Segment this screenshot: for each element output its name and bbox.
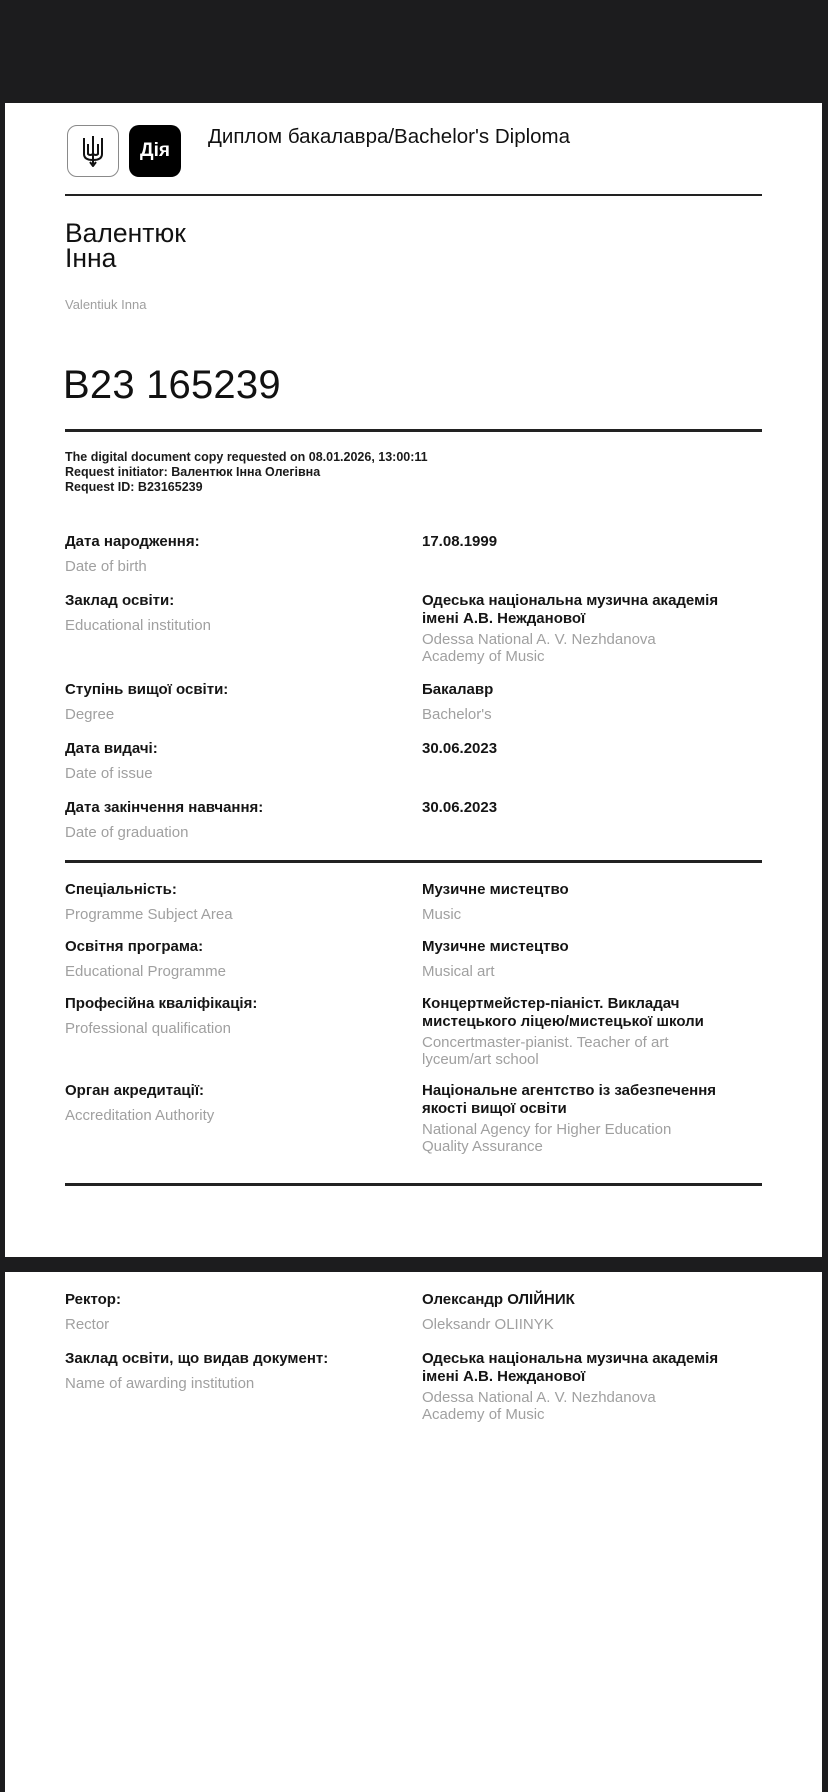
field-value-line: Музичне мистецтво — [422, 938, 762, 956]
field-value-english: Bachelor's — [422, 706, 762, 724]
field-label-column: Ректор:Rector — [65, 1291, 422, 1334]
field-label: Заклад освіти: — [65, 592, 422, 610]
field-label: Ректор: — [65, 1291, 422, 1309]
field-value-column: 30.06.2023 — [422, 740, 762, 783]
field-value-english: National Agency for Higher EducationQual… — [422, 1121, 762, 1155]
field-label-column: Заклад освіти, що видав документ:Name of… — [65, 1350, 422, 1423]
field-row: Ступінь вищої освіти:DegreeБакалаврBache… — [65, 681, 762, 724]
field-value-english-line: Odessa National A. V. Nezhdanova — [422, 631, 762, 648]
field-label: Орган акредитації: — [65, 1082, 422, 1100]
field-row: Заклад освіти:Educational institutionОде… — [65, 592, 762, 665]
field-value-line: мистецького ліцею/мистецької школи — [422, 1013, 762, 1031]
field-value-line: Одеська національна музична академія — [422, 1350, 762, 1368]
field-value: Національне агентство із забезпеченняяко… — [422, 1082, 762, 1118]
field-value-line: якості вищої освіти — [422, 1100, 762, 1118]
field-label: Дата видачі: — [65, 740, 422, 758]
field-value-line: 30.06.2023 — [422, 740, 762, 758]
field-row: Ректор:RectorОлександр ОЛІЙНИКOleksandr … — [65, 1291, 762, 1334]
document-title: Диплом бакалавра/Bachelor's Diploma — [208, 125, 570, 149]
field-value-line: Концертмейстер-піаніст. Викладач — [422, 995, 762, 1013]
divider — [65, 1183, 762, 1186]
field-value-english-line: Bachelor's — [422, 706, 762, 724]
field-value: Бакалавр — [422, 681, 762, 699]
field-label-column: Освітня програма:Educational Programme — [65, 938, 422, 981]
field-label-column: Спеціальність:Programme Subject Area — [65, 881, 422, 924]
field-label-english: Rector — [65, 1316, 422, 1334]
field-label: Професійна кваліфікація: — [65, 995, 422, 1013]
field-label-column: Ступінь вищої освіти:Degree — [65, 681, 422, 724]
field-value-line: Музичне мистецтво — [422, 881, 762, 899]
field-value-english: Music — [422, 906, 762, 924]
ukraine-trident-icon — [81, 134, 105, 168]
field-value-english-line: National Agency for Higher Education — [422, 1121, 762, 1138]
field-label-english: Educational Programme — [65, 963, 422, 981]
field-value: Одеська національна музична академіяімен… — [422, 1350, 762, 1386]
field-value-column: 17.08.1999 — [422, 533, 762, 576]
field-value: 30.06.2023 — [422, 799, 762, 817]
document-number: B23 165239 — [63, 362, 281, 408]
field-label-column: Заклад освіти:Educational institution — [65, 592, 422, 665]
field-value-column: Концертмейстер-піаніст. Викладачмистецьк… — [422, 995, 762, 1068]
field-value-column: Музичне мистецтвоMusical art — [422, 938, 762, 981]
field-row: Дата народження:Date of birth17.08.1999 — [65, 533, 762, 576]
field-row: Дата видачі:Date of issue30.06.2023 — [65, 740, 762, 783]
field-value-english-line: Music — [422, 906, 762, 924]
field-value-english: Musical art — [422, 963, 762, 981]
field-value-english-line: lyceum/art school — [422, 1051, 762, 1068]
request-info: The digital document copy requested on 0… — [65, 450, 428, 495]
field-label: Освітня програма: — [65, 938, 422, 956]
field-value-english-line: Odessa National A. V. Nezhdanova — [422, 1389, 762, 1406]
field-label-english: Programme Subject Area — [65, 906, 422, 924]
field-value-english-line: Quality Assurance — [422, 1138, 762, 1155]
field-label-column: Дата народження:Date of birth — [65, 533, 422, 576]
field-value-line: імені А.В. Нежданової — [422, 1368, 762, 1386]
request-initiator: Request initiator: Валентюк Інна Олегівн… — [65, 465, 428, 480]
field-label-column: Дата видачі:Date of issue — [65, 740, 422, 783]
field-value-english-line: Concertmaster-pianist. Teacher of art — [422, 1034, 762, 1051]
field-label-english: Accreditation Authority — [65, 1107, 422, 1125]
field-label-column: Орган акредитації:Accreditation Authorit… — [65, 1082, 422, 1155]
field-label-english: Educational institution — [65, 617, 422, 635]
ukraine-emblem-logo — [67, 125, 119, 177]
field-value-column: Національне агентство із забезпеченняяко… — [422, 1082, 762, 1155]
holder-given-name: Інна — [65, 246, 186, 271]
programme-fields: Спеціальність:Programme Subject AreaМузи… — [65, 881, 762, 1169]
issuer-fields: Ректор:RectorОлександр ОЛІЙНИКOleksandr … — [65, 1291, 762, 1439]
field-value-column: Одеська національна музична академіяімен… — [422, 592, 762, 665]
field-value-line: Олександр ОЛІЙНИК — [422, 1291, 762, 1309]
field-row: Орган акредитації:Accreditation Authorit… — [65, 1082, 762, 1155]
field-value-line: Бакалавр — [422, 681, 762, 699]
field-value-english-line: Academy of Music — [422, 1406, 762, 1423]
field-label-column: Професійна кваліфікація:Professional qua… — [65, 995, 422, 1068]
field-value-line: імені А.В. Нежданової — [422, 610, 762, 628]
request-id: Request ID: B23165239 — [65, 480, 428, 495]
field-value-english-line: Oleksandr OLIINYK — [422, 1316, 762, 1334]
field-value-english: Oleksandr OLIINYK — [422, 1316, 762, 1334]
holder-name: Валентюк Інна — [65, 221, 186, 271]
diia-logo: Дія — [129, 125, 181, 177]
field-value-english: Odessa National A. V. NezhdanovaAcademy … — [422, 1389, 762, 1423]
field-value-english-line: Musical art — [422, 963, 762, 981]
field-label: Заклад освіти, що видав документ: — [65, 1350, 422, 1368]
field-value: Олександр ОЛІЙНИК — [422, 1291, 762, 1309]
field-value: Музичне мистецтво — [422, 881, 762, 899]
field-label-english: Degree — [65, 706, 422, 724]
field-row: Професійна кваліфікація:Professional qua… — [65, 995, 762, 1068]
field-value-line: Одеська національна музична академія — [422, 592, 762, 610]
divider — [65, 429, 762, 432]
field-label-column: Дата закінчення навчання:Date of graduat… — [65, 799, 422, 842]
field-value-column: Одеська національна музична академіяімен… — [422, 1350, 762, 1423]
field-label-english: Name of awarding institution — [65, 1375, 422, 1393]
field-value-english: Odessa National A. V. NezhdanovaAcademy … — [422, 631, 762, 665]
field-label: Дата закінчення навчання: — [65, 799, 422, 817]
field-value-line: Національне агентство із забезпечення — [422, 1082, 762, 1100]
holder-name-latin: Valentiuk Inna — [65, 297, 146, 313]
divider — [65, 860, 762, 863]
field-label: Спеціальність: — [65, 881, 422, 899]
field-value-column: БакалаврBachelor's — [422, 681, 762, 724]
field-value-column: Музичне мистецтвоMusic — [422, 881, 762, 924]
field-value-english-line: Academy of Music — [422, 648, 762, 665]
field-row: Заклад освіти, що видав документ:Name of… — [65, 1350, 762, 1423]
field-label: Ступінь вищої освіти: — [65, 681, 422, 699]
field-label: Дата народження: — [65, 533, 422, 551]
field-row: Дата закінчення навчання:Date of graduat… — [65, 799, 762, 842]
field-value-english: Concertmaster-pianist. Teacher of artlyc… — [422, 1034, 762, 1068]
field-value-line: 30.06.2023 — [422, 799, 762, 817]
personal-education-fields: Дата народження:Date of birth17.08.1999З… — [65, 533, 762, 858]
field-value: Музичне мистецтво — [422, 938, 762, 956]
divider — [65, 194, 762, 196]
field-row: Освітня програма:Educational ProgrammeМу… — [65, 938, 762, 981]
field-value-column: 30.06.2023 — [422, 799, 762, 842]
field-label-english: Date of issue — [65, 765, 422, 783]
field-label-english: Professional qualification — [65, 1020, 422, 1038]
field-value: 17.08.1999 — [422, 533, 762, 551]
field-value-column: Олександр ОЛІЙНИКOleksandr OLIINYK — [422, 1291, 762, 1334]
field-value: Одеська національна музична академіяімен… — [422, 592, 762, 628]
field-label-english: Date of graduation — [65, 824, 422, 842]
field-label-english: Date of birth — [65, 558, 422, 576]
field-value-line: 17.08.1999 — [422, 533, 762, 551]
field-value: Концертмейстер-піаніст. Викладачмистецьк… — [422, 995, 762, 1031]
request-timestamp: The digital document copy requested on 0… — [65, 450, 428, 465]
field-value: 30.06.2023 — [422, 740, 762, 758]
field-row: Спеціальність:Programme Subject AreaМузи… — [65, 881, 762, 924]
